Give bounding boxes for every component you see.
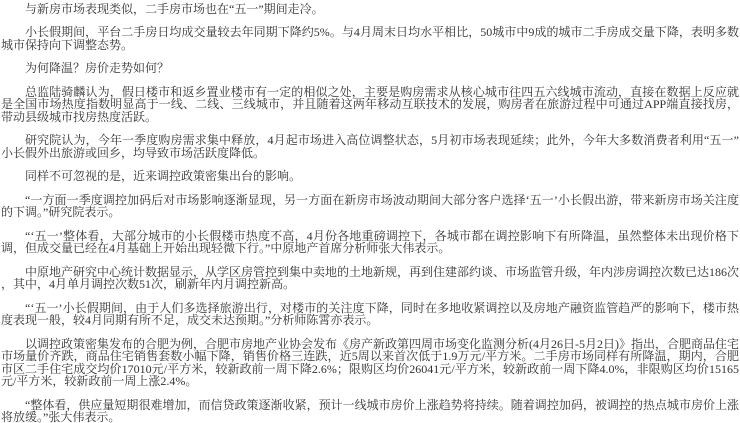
para-zhang-dawei-quote: “‘五一’整体看，大部分城市的小长假楼市热度不高，4月份各地重磅调控下，各城市都…: [1, 230, 739, 255]
news-article: 与新房市场表现类似，二手房市场也在“五一”期间走冷。 小长假期间，平台二手房日均…: [0, 0, 740, 423]
para-analyst-lu-view: 总监陆骑麟认为，假日楼市和返乡置业楼市有一定的相似之处，主要是购房需求从核心城市…: [1, 86, 739, 124]
para-research-institute-quote: “一方面一季度调控加码后对市场影响逐渐显现，另一方面在新房市场波动期间大部分客户…: [1, 194, 739, 219]
para-zhongyuan-stats: 中原地产研究中心统计数据显示，从学区房管控到集中卖地的土地新规，再到住建部约谈、…: [1, 266, 739, 291]
para-secondhand-intro: 与新房市场表现类似，二手房市场也在“五一”期间走冷。: [1, 3, 739, 16]
para-zhang-dawei-closing-quote: “整体看，供应量短期很难增加，而信贷政策逐渐收紧，预计一线城市房价上涨趋势将持续…: [1, 399, 739, 423]
para-research-institute-view: 研究院认为，今年一季度购房需求集中释放，4月起市场进入高位调整状态，5月初市场表…: [1, 134, 739, 159]
para-hefei-example: 以调控政策密集发布的合肥为例，合肥市房地产业协会发布《房产新政第四周市场变化监测…: [1, 338, 739, 388]
para-holiday-volume: 小长假期间，平台二手房日均成交量较去年同期下降约5%。与4月周末日均水平相比，5…: [1, 26, 739, 51]
para-chen-xiao-quote: “‘五一’小长假期间，由于人们多选择旅游出行，对楼市的关注度下降，同时在多地收紧…: [1, 302, 739, 327]
page: { "page": { "background_color": "#ffffff…: [0, 0, 740, 423]
question-heading: 为何降温？房价走势如何？: [1, 62, 739, 75]
para-policy-impact-intro: 同样不可忽视的是，近来调控政策密集出台的影响。: [1, 170, 739, 183]
